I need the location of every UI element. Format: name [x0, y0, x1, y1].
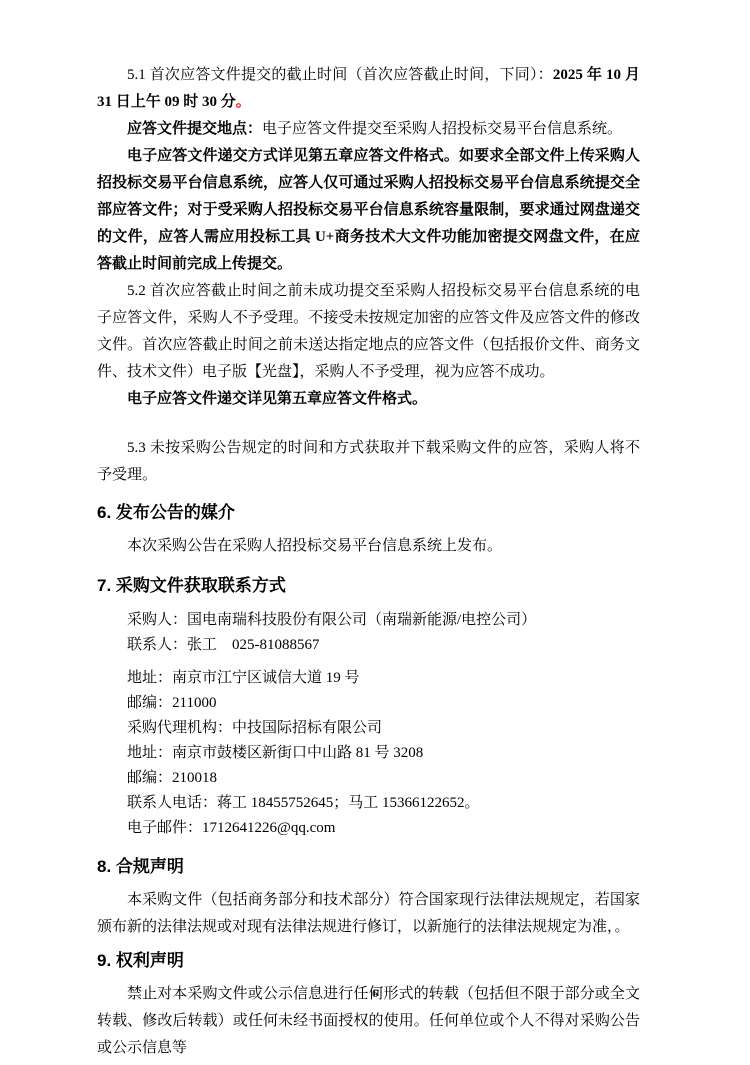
clause-5-1-red-period: 。	[236, 94, 251, 110]
clause-5-3: 5.3 未按采购公告规定的时间和方式获取并下载采购文件的应答，采购人将不予受理。	[97, 435, 640, 489]
section-8-body: 本采购文件（包括商务部分和技术部分）符合国家现行法律法规规定，若国家颁布新的法律…	[97, 887, 640, 941]
contact-email: 电子邮件：1712641226@qq.com	[97, 816, 640, 841]
clause-5-2: 5.2 首次应答截止时间之前未成功提交至采购人招投标交易平台信息系统的电子应答文…	[97, 278, 640, 386]
contact-zip-1: 邮编：211000	[97, 691, 640, 716]
contact-info-block: 采购人：国电南瑞科技股份有限公司（南瑞新能源/电控公司） 联系人：张工 025-…	[97, 608, 640, 841]
submission-location-text: 电子应答文件提交至采购人招投标交易平台信息系统。	[262, 121, 622, 137]
contact-purchaser: 采购人：国电南瑞科技股份有限公司（南瑞新能源/电控公司）	[97, 608, 640, 633]
clause-5-1: 5.1 首次应答文件提交的截止时间（首次应答截止时间，下同）：2025 年 10…	[97, 62, 640, 116]
page-number: 6	[0, 986, 750, 1000]
contact-phone: 联系人电话：蒋工 18455752645；马工 15366122652。	[97, 791, 640, 816]
section-9-heading: 9. 权利声明	[97, 949, 640, 973]
delivery-note: 电子应答文件递交详见第五章应答文件格式。	[97, 386, 640, 413]
document-page: 5.1 首次应答文件提交的截止时间（首次应答截止时间，下同）：2025 年 10…	[0, 0, 750, 1065]
document-content: 5.1 首次应答文件提交的截止时间（首次应答截止时间，下同）：2025 年 10…	[97, 62, 640, 1062]
contact-person: 联系人：张工 025-81088567	[97, 633, 640, 658]
submission-location-label: 应答文件提交地点：	[127, 121, 262, 137]
section-6-heading: 6. 发布公告的媒介	[97, 501, 640, 525]
section-6-body: 本次采购公告在采购人招投标交易平台信息系统上发布。	[97, 533, 640, 560]
contact-agency: 采购代理机构：中技国际招标有限公司	[97, 716, 640, 741]
contact-zip-2: 邮编：210018	[97, 766, 640, 791]
delivery-method-paragraph: 电子应答文件递交方式详见第五章应答文件格式。如要求全部文件上传采购人招投标交易平…	[97, 143, 640, 278]
contact-address-2: 地址：南京市鼓楼区新街口中山路 81 号 3208	[97, 741, 640, 766]
contact-address-1: 地址：南京市江宁区诚信大道 19 号	[97, 666, 640, 691]
clause-5-1-lead: 5.1 首次应答文件提交的截止时间（首次应答截止时间，下同）：	[127, 67, 553, 83]
section-8-heading: 8. 合规声明	[97, 855, 640, 879]
section-7-heading: 7. 采购文件获取联系方式	[97, 574, 640, 598]
submission-location: 应答文件提交地点：电子应答文件提交至采购人招投标交易平台信息系统。	[97, 116, 640, 143]
